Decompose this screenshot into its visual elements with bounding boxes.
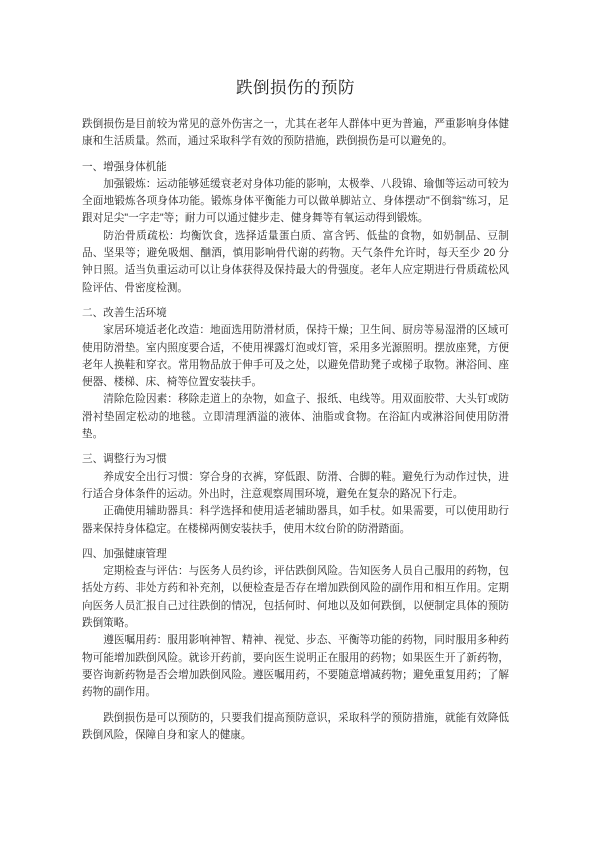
section-behavior-habits: 三、调整行为习惯 养成安全出行习惯：穿合身的衣裤，穿低跟、防滑、合脚的鞋。避免行… xyxy=(82,451,509,537)
section-heading: 二、改善生活环境 xyxy=(82,305,509,322)
section-heading: 三、调整行为习惯 xyxy=(82,451,509,468)
body-paragraph: 定期检查与评估：与医务人员约诊，评估跌倒风险。告知医务人员自己服用的药物，包括处… xyxy=(82,563,509,632)
section-heading: 一、增强身体机能 xyxy=(82,159,509,176)
body-paragraph: 加强锻炼：运动能够延缓衰老对身体功能的影响，太极拳、八段锦、瑜伽等运动可较为全面… xyxy=(82,176,509,228)
body-paragraph: 正确使用辅助器具：科学选择和使用适老辅助器具，如手杖。如果需要，可以使用助行器来… xyxy=(82,503,509,538)
section-body-function: 一、增强身体机能 加强锻炼：运动能够延缓衰老对身体功能的影响，太极拳、八段锦、瑜… xyxy=(82,159,509,297)
body-paragraph: 家居环境适老化改造：地面选用防滑材质，保持干燥；卫生间、厨房等易湿滑的区域可使用… xyxy=(82,322,509,391)
section-heading: 四、加强健康管理 xyxy=(82,546,509,563)
intro-paragraph: 跌倒损伤是目前较为常见的意外伤害之一，尤其在老年人群体中更为普遍，严重影响身体健… xyxy=(82,116,509,151)
section-living-environment: 二、改善生活环境 家居环境适老化改造：地面选用防滑材质，保持干燥；卫生间、厨房等… xyxy=(82,305,509,443)
body-paragraph: 养成安全出行习惯：穿合身的衣裤，穿低跟、防滑、合脚的鞋。避免行为动作过快，进行适… xyxy=(82,469,509,504)
closing-paragraph: 跌倒损伤是可以预防的，只要我们提高预防意识，采取科学的预防措施，就能有效降低跌倒… xyxy=(82,710,509,745)
body-paragraph: 遵医嘱用药：服用影响神智、精神、视觉、步态、平衡等功能的药物，同时服用多种药物可… xyxy=(82,632,509,701)
body-paragraph: 防治骨质疏松：均衡饮食，选择适量蛋白质、富含钙、低盐的食物，如奶制品、豆制品、坚… xyxy=(82,228,509,297)
section-health-management: 四、加强健康管理 定期检查与评估：与医务人员约诊，评估跌倒风险。告知医务人员自己… xyxy=(82,546,509,702)
body-paragraph: 清除危险因素：移除走道上的杂物，如盒子、报纸、电线等。用双面胶带、大头钉或防滑衬… xyxy=(82,391,509,443)
document-page: 跌倒损伤的预防 跌倒损伤是目前较为常见的意外伤害之一，尤其在老年人群体中更为普遍… xyxy=(0,0,595,841)
document-title: 跌倒损伤的预防 xyxy=(82,76,509,101)
